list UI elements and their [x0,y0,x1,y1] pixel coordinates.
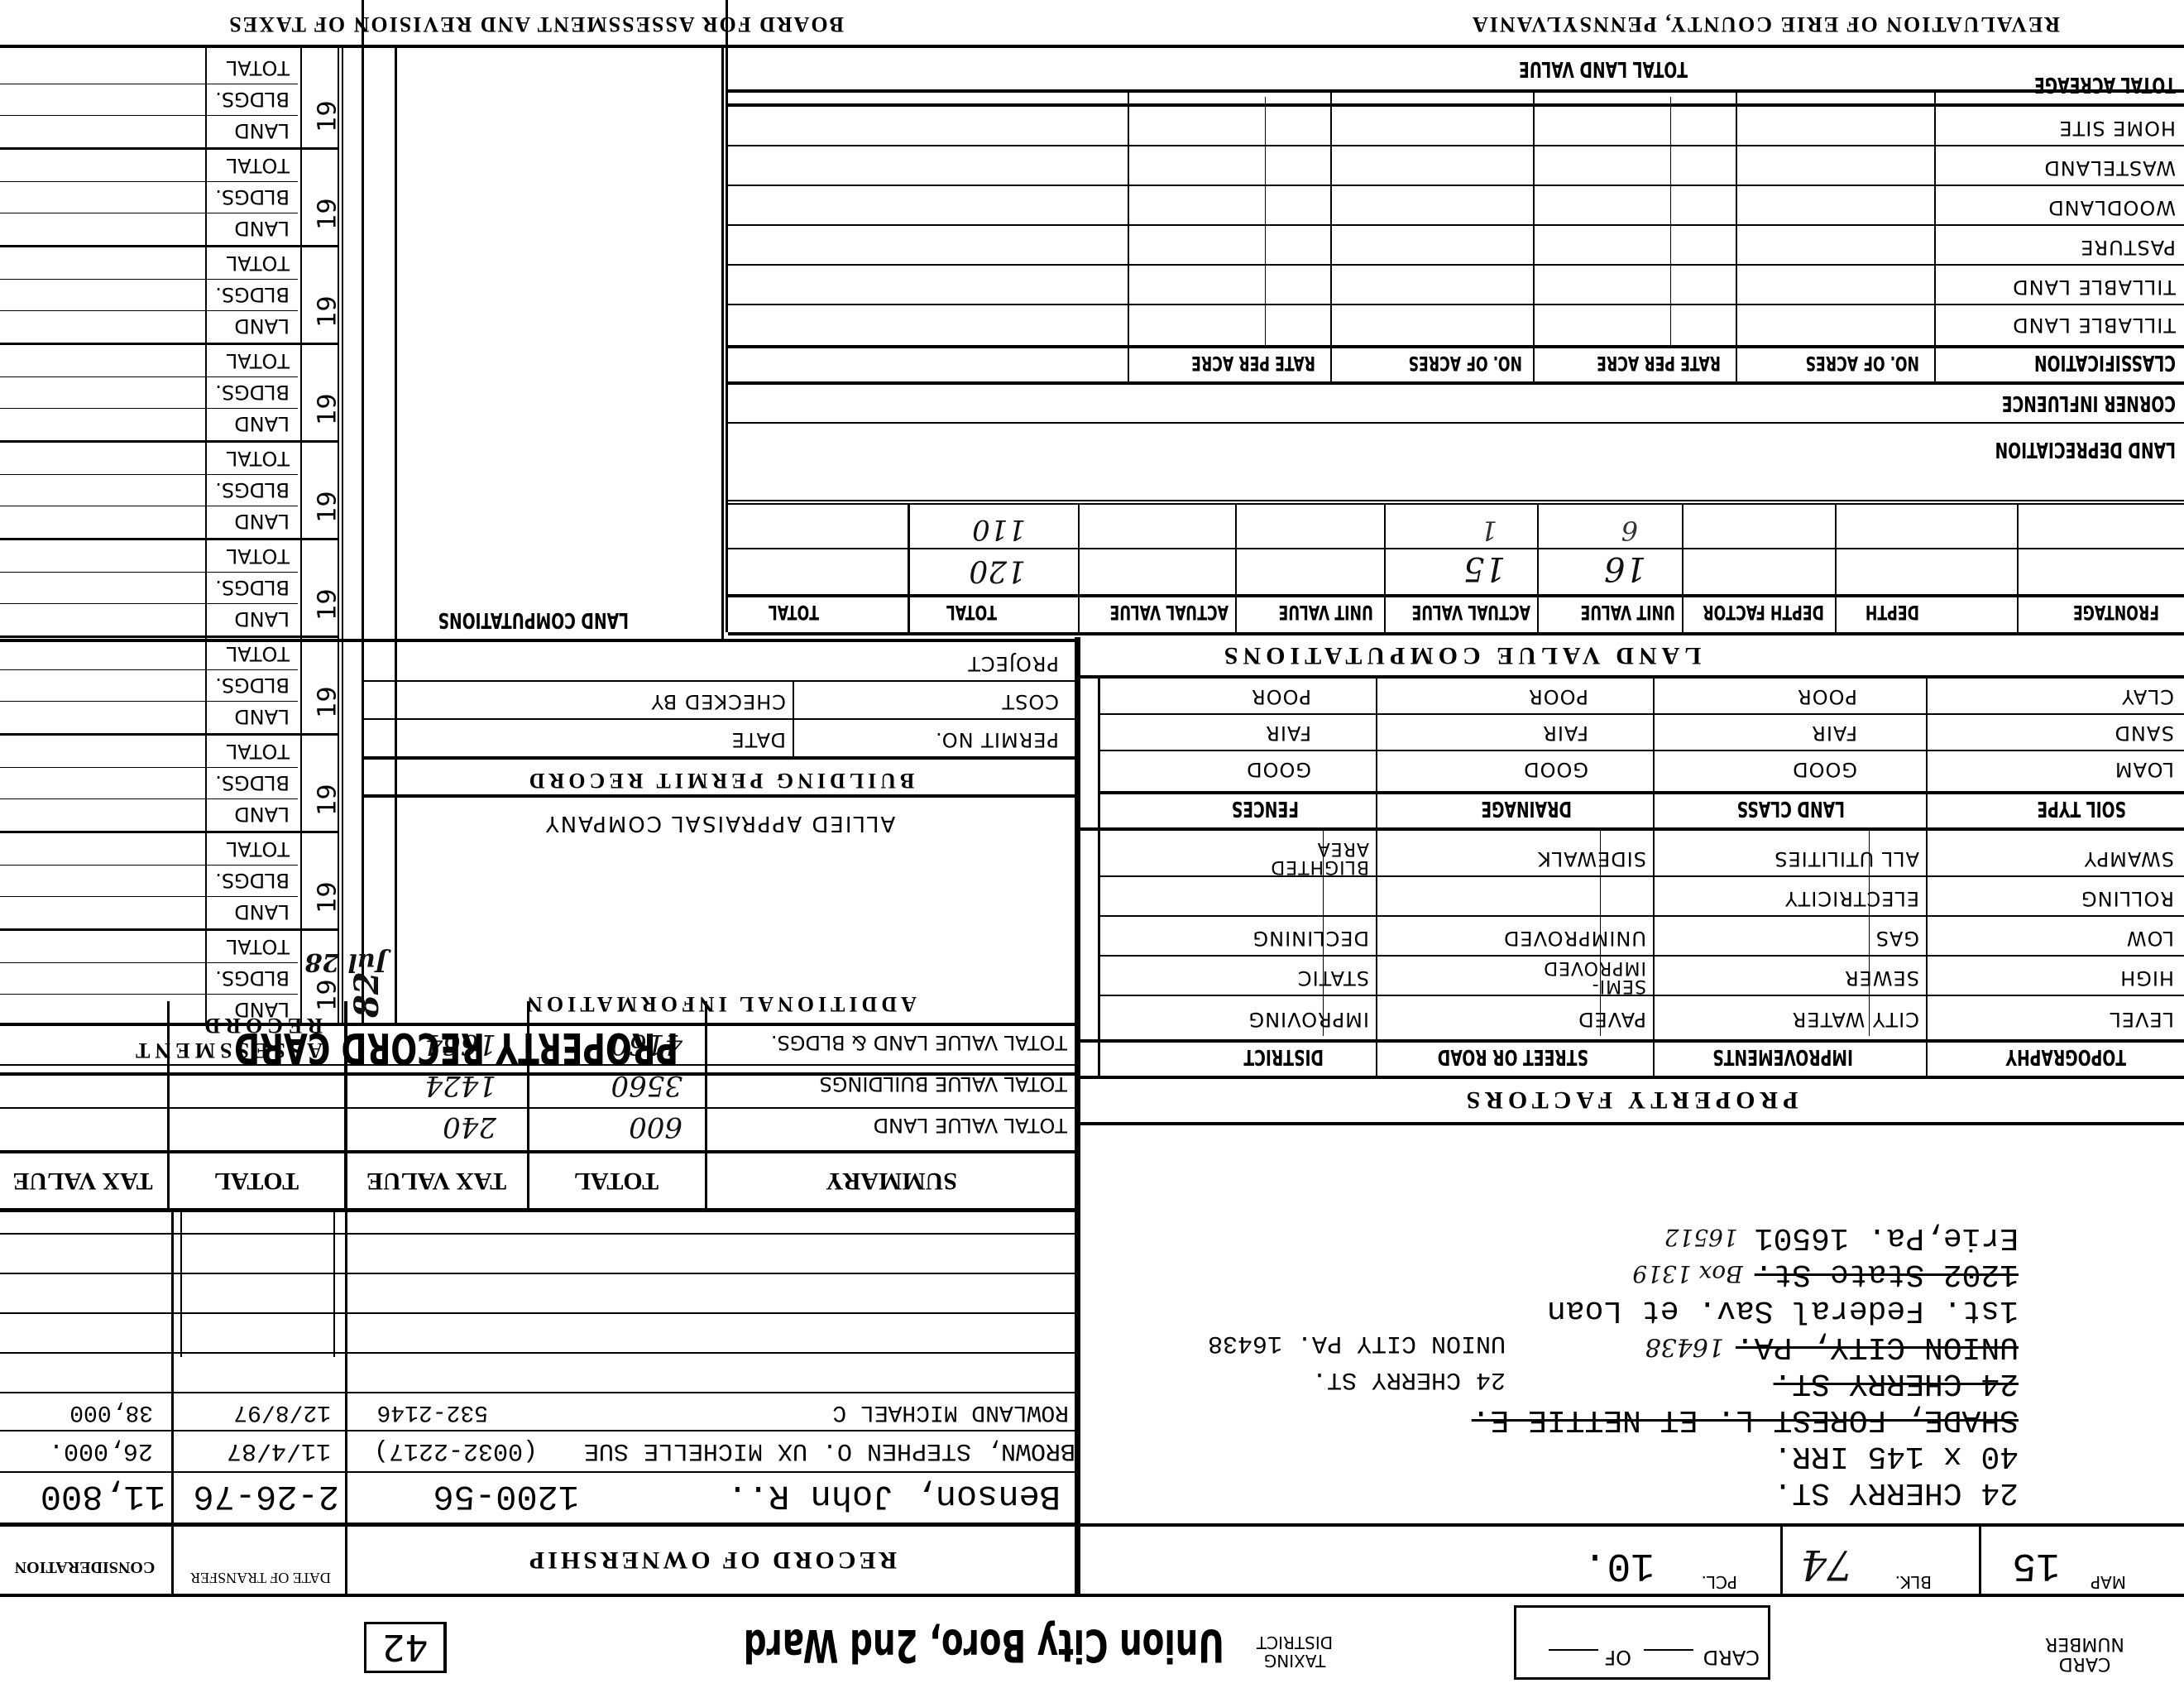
address-line-struck: 24 CHERRY ST. [1774,1365,2019,1401]
soil-clay[interactable]: CLAY [2121,685,2174,708]
land-total: 110 [972,513,1026,546]
address-replacement: 24 CHERRY ST. [1312,1361,1506,1398]
col-no-of-acres-2: NO. OF ACRES [1409,352,1522,375]
transfer-date: 12/8/97 [233,1399,331,1425]
assessment-year-block: 19 LAND BLDGS. TOTAL [0,928,339,1026]
footer-revaluation: REVALUATION OF ERIE COUNTY, PENNSYLVANIA [1471,12,2060,36]
land-label: LAND [234,998,290,1021]
table-row: Benson, John R.. 1200-56 2-26-76 11,800 [0,1471,1075,1523]
col-unit-value: UNIT VALUE [1580,601,1675,624]
factor-level[interactable]: LEVEL [2110,1008,2175,1031]
year-prefix: 19 [313,979,342,1010]
consideration: 11,800 [41,1476,165,1516]
assessment-year-block: 19 LAND BLDGS. TOTAL [0,245,339,343]
factor-static[interactable]: STATIC [1297,966,1369,990]
blk-value: 74 [1800,1541,1853,1589]
classification-header: CLASSIFICATION NO. OF ACRES RATE PER ACR… [728,345,2184,381]
col-date-of-transfer: DATE OF TRANSFER [178,1569,343,1587]
of-underline [1549,1649,1598,1651]
col-rate-per-acre-2: RATE PER ACRE [1191,352,1315,375]
factor-blighted-area[interactable]: BLIGHTED AREA [1262,839,1369,875]
col-street-or-road: STREET OR ROAD [1438,1044,1588,1069]
ownership-title: RECORD OF OWNERSHIP [347,1527,1075,1593]
bldgs-label: BLDGS. [215,576,290,599]
address-line: 1st. Federal Sav. et Loan [1084,1292,2019,1328]
year-prefix: 19 [313,100,342,132]
fences-good[interactable]: GOOD [1246,758,1311,781]
bldgs-label: BLDGS. [215,674,290,697]
col-tax-value-2: TAX VALUE [0,1167,165,1195]
bldgs-label: BLDGS. [215,478,290,501]
col-depth: DEPTH [1865,601,1919,624]
land-computations-title: LAND COMPUTATIONS [438,607,629,632]
factor-semi-improved[interactable]: SEMI-IMPROVED [1547,958,1646,995]
total-label: TOTAL [227,154,290,177]
col-consideration: CONSIDERATION [0,1557,170,1576]
assessment-year-block: 19 LAND BLDGS. TOTAL [0,50,339,147]
factor-paved[interactable]: PAVED [1578,1008,1646,1031]
col-tax-value: TAX VALUE [347,1167,525,1195]
col-rate-per-acre: RATE PER ACRE [1597,352,1721,375]
assessment-year-block: 19 LAND BLDGS. TOTAL [0,538,339,635]
assessment-year-block: 19 LAND BLDGS. TOTAL [0,440,339,538]
handwritten-zip: 16512 [1664,1224,1738,1251]
factor-gas[interactable]: GAS [1875,927,1919,950]
taxing-district-label: TAXING DISTRICT [1245,1633,1344,1670]
consideration: 26,000. [49,1436,153,1465]
soil-loam[interactable]: LOAM [2115,758,2174,781]
bldgs-label: BLDGS. [215,185,290,209]
bldgs-label: BLDGS. [215,869,290,892]
col-classification: CLASSIFICATION [2034,350,2176,375]
summary-header: SUMMARY TOTAL TAX VALUE TOTAL TAX VALUE [0,1150,1075,1208]
year-prefix: 19 [313,393,342,424]
col-total-2: TOTAL [170,1167,343,1195]
address-replacement: UNION CITY PA. 16438 [1208,1325,1506,1361]
assessment-year-block: 19 LAND BLDGS. TOTAL [0,831,339,928]
property-factors-title: PROPERTY FACTORS [1075,1079,2184,1120]
assessment-year-block: 19 LAND BLDGS. TOTAL [0,147,339,245]
col-fences: FENCES [1232,796,1299,821]
summary-label: TOTAL VALUE LAND [874,1114,1067,1137]
cost-label: COST [1001,690,1059,713]
col-actual-value-2: ACTUAL VALUE [1109,601,1228,624]
total-label: TOTAL [227,935,290,958]
district-code-box: 42 [364,1622,447,1673]
deed-ref: (0032-2217) [374,1436,538,1465]
table-row [0,1312,1075,1352]
year-prefix: 19 [313,588,342,620]
handwritten-box: Box 1319 [1632,1260,1742,1288]
col-summary: SUMMARY [707,1167,1075,1195]
factor-swampy[interactable]: SWAMPY [2084,847,2174,870]
land-class-fair[interactable]: FAIR [1811,722,1857,745]
class-home-site: HOME SITE [2058,117,2176,140]
assessment-stamp-note: Jul 28 [304,947,387,976]
actual-value: 1 [1481,515,1497,546]
card-number-label: CARD NUMBER [2035,1633,2134,1673]
map-label: MAP [2091,1572,2126,1592]
factor-all-utilities[interactable]: ALL UTILITIES [1774,847,1919,870]
total-label: TOTAL [227,56,290,79]
deed-ref: 1200-56 [433,1476,579,1516]
factor-sewer[interactable]: SEWER [1844,966,1919,990]
consideration: 38,000 [69,1399,153,1425]
factor-rolling[interactable]: ROLLING [2081,887,2174,910]
card-of-box[interactable]: CARD OF [1514,1605,1770,1680]
checked-by-label: CHECKED BY [650,690,786,713]
col-total: TOTAL [946,601,997,624]
year-prefix: 19 [313,784,342,815]
table-row: TOTAL VALUE LAND 600 240 [0,1107,1075,1147]
year-prefix: 19 [313,491,342,522]
table-row [0,1352,1075,1392]
table-row: BROWN, STEPHEN O. UX MICHELLE SUE (0032-… [0,1430,1075,1471]
address-line-struck: SHADE, FOREST L. ET NETTIE E. [1084,1401,2019,1437]
unit-value: 6 [1621,515,1638,546]
total-label: TOTAL [227,252,290,275]
col-topography: TOPOGRAPHY [2005,1044,2126,1069]
table-row [0,1273,1075,1312]
class-wasteland: WASTELAND [2043,156,2176,180]
transfer-date: 2-26-76 [194,1476,339,1516]
col-frontage: FRONTAGE [2073,601,2159,624]
permit-no-label: PERMIT NO. [935,728,1059,751]
land-class-good[interactable]: GOOD [1792,758,1857,781]
land-value-header: FRONTAGE DEPTH DEPTH FACTOR UNIT VALUE A… [728,594,2184,632]
land-label: LAND [234,803,290,826]
address-line: 40 x 145 IRR. [1084,1437,2019,1474]
land-class-poor[interactable]: POOR [1797,685,1857,708]
bldgs-label: BLDGS. [215,88,290,111]
unit-value: 16 [1604,549,1646,587]
bldgs-label: BLDGS. [215,381,290,404]
year-prefix: 19 [313,198,342,229]
total-label: TOTAL [227,349,290,372]
summary-label: TOTAL VALUE LAND & BLDGS. [771,1031,1067,1054]
land-label: LAND [234,119,290,142]
class-tillable-land: TILLABLE LAND [2012,314,2176,337]
land-total: 120 [969,554,1026,587]
date-label: DATE [731,728,786,751]
drainage-poor[interactable]: POOR [1528,685,1588,708]
fences-fair[interactable]: FAIR [1265,722,1311,745]
col-total-2: TOTAL [769,601,819,624]
land-label: LAND [234,705,290,728]
address-line: 24 CHERRY ST. [1084,1474,2019,1510]
soil-header: SOIL TYPE LAND CLASS DRAINAGE FENCES [1100,791,2184,827]
owner-name: Benson, John R.. [727,1476,1061,1516]
factor-unimproved[interactable]: UNIMPROVED [1503,927,1646,950]
summary-tax-value: 240 [443,1110,496,1144]
summary-label: TOTAL VALUE BUILDINGS [820,1072,1067,1096]
land-label: LAND [234,314,290,338]
corner-influence-label: CORNER INFLUENCE [2002,391,2176,415]
land-label: LAND [234,217,290,240]
factor-electricity[interactable]: ELECTRICITY [1784,887,1919,910]
assessment-record: 19 LAND BLDGS. TOTAL 82 Jul 28 19 LAND B… [0,48,397,1026]
pcl-value: 10. [1583,1542,1655,1587]
col-depth-factor: DEPTH FACTOR [1703,601,1824,624]
total-land-value-label: TOTAL LAND VALUE [1519,56,1688,81]
address-line: Erie,Pa. 16501 [1755,1220,2019,1255]
col-unit-value-2: UNIT VALUE [1278,601,1373,624]
assessment-stamp: 82 [347,971,386,1018]
of-label: OF [1604,1646,1631,1669]
actual-value: 15 [1463,549,1506,587]
assessment-year-block: 19 LAND BLDGS. TOTAL [0,635,339,733]
col-district: DISTRICT [1243,1044,1324,1069]
allied-appraisal-company: ALLIED APPRAISAL COMPANY [364,811,1075,836]
factor-low[interactable]: LOW [2126,927,2174,950]
total-label: TOTAL [227,642,290,665]
total-label: TOTAL [227,837,290,861]
table-row [0,1233,1075,1273]
col-land-class: LAND CLASS [1737,796,1845,821]
col-actual-value: ACTUAL VALUE [1411,601,1530,624]
factor-declining[interactable]: DECLINING [1252,927,1369,950]
assessment-year-block: 19 LAND BLDGS. TOTAL [0,733,339,831]
land-value-computations-title: LAND VALUE COMPUTATIONS [736,635,2184,675]
taxing-district-name: Union City Boro, 2nd Ward [744,1619,1224,1671]
land-label: LAND [234,510,290,533]
soil-sand[interactable]: SAND [2114,722,2174,745]
year-prefix: 19 [313,881,342,913]
fences-poor[interactable]: POOR [1251,685,1311,708]
property-record-card: CARD NUMBER CARD OF TAXING DISTRICT Unio… [0,0,2184,1688]
col-drainage: DRAINAGE [1481,796,1572,821]
deed-ref: 532-2146 [377,1399,488,1425]
col-total: TOTAL [529,1167,703,1195]
total-label: TOTAL [227,544,290,568]
class-tillable-land: TILLABLE LAND [2012,276,2176,299]
owner-name: ROWLAND MICHAEL C [832,1399,1069,1425]
address-line-struck: UNION CITY, PA. [1736,1329,2019,1364]
property-factors-header: TOPOGRAPHY IMPROVEMENTS STREET OR ROAD D… [1075,1039,2184,1076]
col-soil-type: SOIL TYPE [2037,796,2126,821]
year-prefix: 19 [313,686,342,717]
land-label: LAND [234,412,290,435]
land-label: LAND [234,900,290,923]
footer-board: BOARD FOR ASSESSMENT AND REVISION OF TAX… [227,12,844,36]
address-block: 24 CHERRY ST. 40 x 145 IRR. SHADE, FORES… [1084,1219,2019,1510]
bldgs-label: BLDGS. [215,966,290,990]
drainage-good[interactable]: GOOD [1523,758,1588,781]
class-pasture: PASTURE [2080,236,2176,259]
address-line-struck: 1202 State St. [1755,1256,2019,1292]
building-permit-record-title: BUILDING PERMIT RECORD [364,768,1075,793]
handwritten-zip: 16438 [1645,1332,1724,1361]
factor-city-water[interactable]: CITY WATER [1792,1008,1919,1031]
card-underline [1644,1649,1693,1651]
class-total-acreage: TOTAL ACREAGE [2034,72,2176,97]
total-label: TOTAL [227,447,290,470]
total-label: TOTAL [227,740,290,763]
class-woodland: WOODLAND [2047,196,2176,219]
additional-information-title: ADDITIONAL INFORMATION [364,991,1075,1016]
factor-sidewalk[interactable]: SIDEWALK [1537,847,1646,870]
assessment-year-block: 19 LAND BLDGS. TOTAL [0,343,339,440]
land-depreciation-label: LAND DEPRECIATION [1995,437,2176,462]
drainage-fair[interactable]: FAIR [1542,722,1588,745]
map-value: 15 [2012,1542,2060,1587]
col-no-of-acres: NO. OF ACRES [1806,352,1919,375]
summary-total: 600 [629,1110,682,1144]
blk-label: BLK. [1895,1572,1932,1592]
bldgs-label: BLDGS. [215,283,290,306]
table-row: ROWLAND MICHAEL C 532-2146 12/8/97 38,00… [0,1392,1075,1430]
transfer-date: 11/4/87 [227,1436,331,1465]
col-improvements: IMPROVEMENTS [1712,1044,1853,1069]
pcl-label: PCL. [1701,1572,1737,1592]
factor-high[interactable]: HIGH [2119,966,2174,990]
year-prefix: 19 [313,295,342,327]
factor-improving[interactable]: IMPROVING [1248,1008,1369,1031]
card-label: CARD [1703,1646,1760,1669]
owner-name: BROWN, STEPHEN O. UX MICHELLE SUE [584,1436,1075,1465]
bldgs-label: BLDGS. [215,771,290,794]
land-label: LAND [234,607,290,631]
